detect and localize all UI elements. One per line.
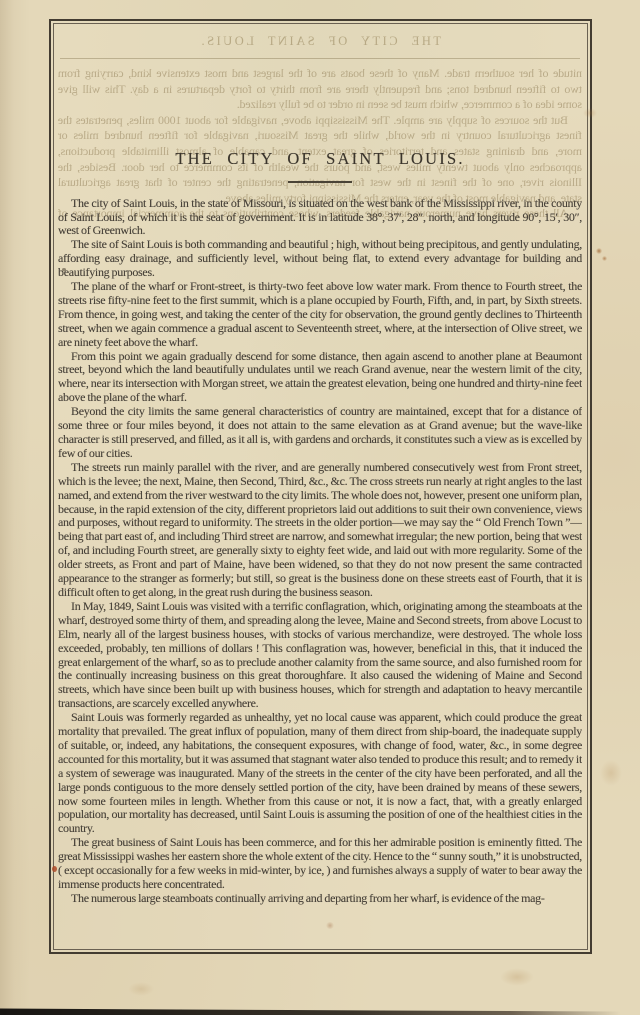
dark-speck	[62, 268, 66, 271]
body-paragraph: Saint Louis was formerly regarded as unh…	[58, 711, 582, 836]
scanned-page-background: THE CITY OF SAINT LOUIS. nitude of her s…	[0, 0, 640, 1015]
body-paragraph: The great business of Saint Louis has be…	[58, 836, 582, 892]
foxing-stain	[128, 982, 154, 996]
body-paragraph: Beyond the city limits the same general …	[58, 405, 582, 461]
body-paragraph: The numerous large steamboats continuall…	[58, 892, 582, 906]
body-paragraph: From this point we again gradually desce…	[58, 350, 582, 406]
page-content: THE CITY OF SAINT LOUIS. The city of Sai…	[58, 21, 582, 949]
foxing-stain	[602, 256, 607, 261]
body-paragraph: In May, 1849, Saint Louis was visited wi…	[58, 600, 582, 711]
foxing-stain	[596, 248, 602, 254]
red-ink-speck	[52, 866, 57, 872]
foxing-stain	[600, 760, 622, 786]
body-paragraph: The city of Saint Louis, in the state of…	[58, 197, 582, 239]
body-paragraph: The plane of the wharf or Front-street, …	[58, 280, 582, 350]
body-paragraph: The site of Saint Louis is both commandi…	[58, 238, 582, 280]
body-text-column: The city of Saint Louis, in the state of…	[58, 197, 582, 906]
title-divider-rule	[288, 181, 352, 183]
foxing-stain	[500, 968, 534, 986]
page-title: THE CITY OF SAINT LOUIS.	[58, 149, 582, 169]
scan-edge-shadow	[0, 1006, 640, 1015]
page-border-frame: THE CITY OF SAINT LOUIS. nitude of her s…	[49, 19, 592, 954]
body-paragraph: The streets run mainly parallel with the…	[58, 461, 582, 600]
